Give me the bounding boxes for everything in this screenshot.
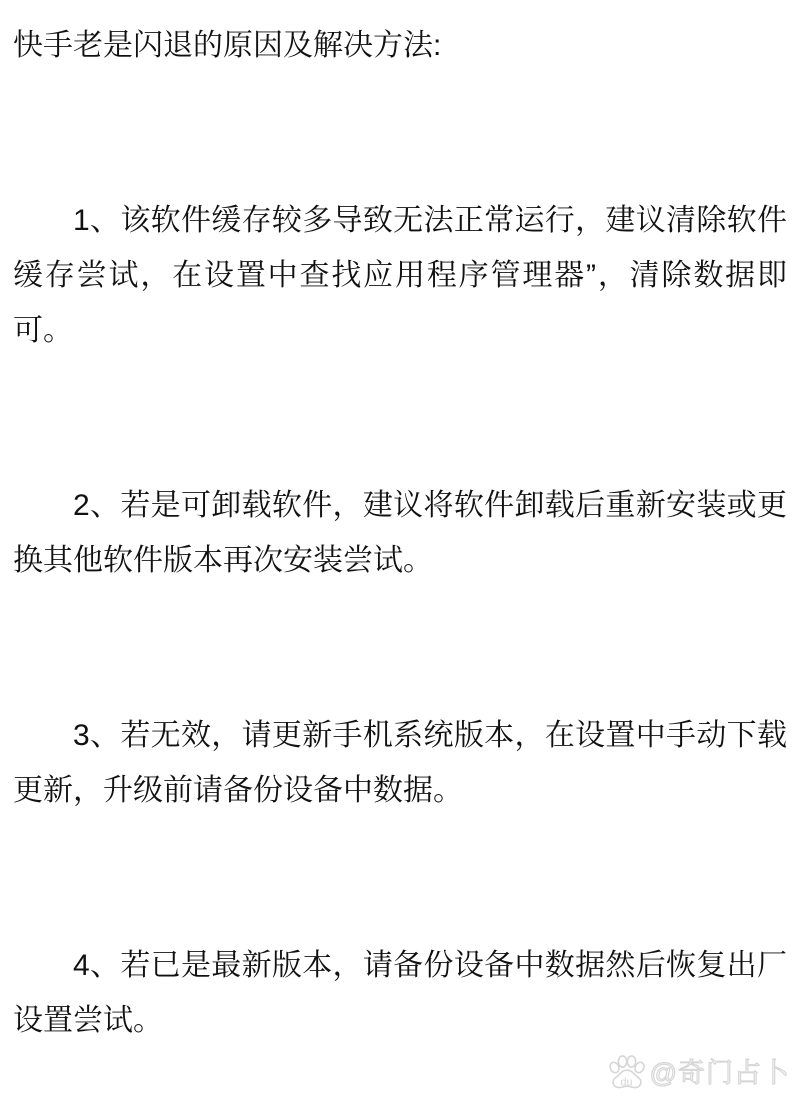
paragraph-line: 可。: [13, 303, 787, 358]
paragraph-line: 设置尝试。: [13, 993, 787, 1048]
article-page: { "title": "快手老是闪退的原因及解决方法:", "paragraph…: [0, 0, 800, 1099]
paragraph-line: 换其他软件版本再次安装尝试。: [13, 533, 787, 588]
paragraph-1: 1、该软件缓存较多导致无法正常运行，建议清除软件 缓存尝试，在设置中查找应用程序…: [13, 193, 787, 358]
paragraph-line: 更新，升级前请备份设备中数据。: [13, 763, 787, 818]
paragraph-3: 3、若无效，请更新手机系统版本，在设置中手动下载 更新，升级前请备份设备中数据。: [13, 708, 787, 818]
paragraph-line: 2、若是可卸载软件，建议将软件卸载后重新安装或更: [13, 478, 787, 533]
paragraph-4: 4、若已是最新版本，请备份设备中数据然后恢复出厂 设置尝试。: [13, 938, 787, 1048]
paragraph-2: 2、若是可卸载软件，建议将软件卸载后重新安装或更 换其他软件版本再次安装尝试。: [13, 478, 787, 588]
paragraph-line: 4、若已是最新版本，请备份设备中数据然后恢复出厂: [13, 938, 787, 993]
paragraph-line: 缓存尝试，在设置中查找应用程序管理器”，清除数据即: [13, 248, 787, 303]
page-title: 快手老是闪退的原因及解决方法:: [13, 18, 787, 73]
document-body: 快手老是闪退的原因及解决方法: 1、该软件缓存较多导致无法正常运行，建议清除软件…: [0, 0, 800, 1048]
paragraph-line: 1、该软件缓存较多导致无法正常运行，建议清除软件: [13, 193, 787, 248]
baidu-paw-icon: du: [606, 1054, 647, 1092]
watermark-handle: @奇门占卜: [650, 1055, 790, 1091]
baidu-du-label: du: [620, 1077, 632, 1089]
watermark: du @奇门占卜: [606, 1054, 790, 1092]
paragraph-line: 3、若无效，请更新手机系统版本，在设置中手动下载: [13, 708, 787, 763]
